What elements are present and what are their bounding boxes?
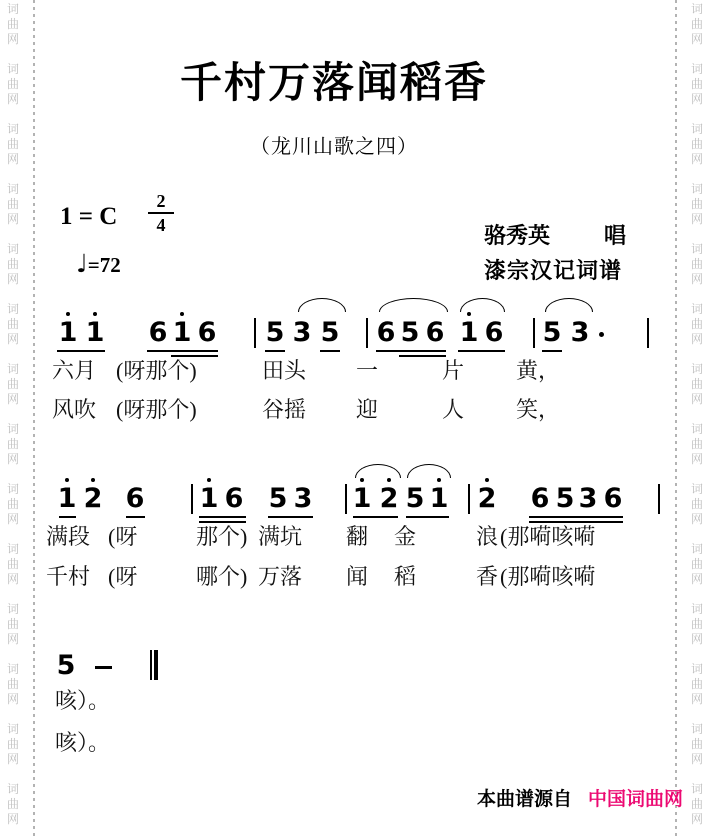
note-digit: 5 (556, 486, 575, 512)
beam-underline (57, 350, 105, 352)
octave-dot (207, 478, 211, 482)
singer-name: 骆秀英 (484, 222, 550, 249)
note-digit: 5 (401, 320, 420, 346)
watermark-text: 词 (689, 243, 705, 256)
note-digit: 5 (406, 486, 425, 512)
lyric-segment: 片 (442, 358, 464, 384)
watermark-text: 词 (689, 63, 705, 76)
barline-icon (254, 318, 256, 348)
slur-arc (460, 298, 505, 312)
beam-underline (199, 516, 246, 518)
sheet-music-page: 词曲网词曲网词曲网词曲网词曲网词曲网词曲网词曲网词曲网词曲网词曲网词曲网词曲网词… (0, 0, 710, 838)
watermark-text: 网 (5, 213, 21, 226)
watermark-text: 网 (5, 153, 21, 166)
watermark-text: 曲 (689, 558, 705, 571)
fraction-line (148, 212, 174, 214)
note-digit: 1 (86, 320, 105, 346)
right-dashed-border (675, 0, 677, 838)
barline-icon (647, 318, 649, 348)
watermark-text: 曲 (689, 318, 705, 331)
watermark-text: 曲 (5, 498, 21, 511)
barline-icon (366, 318, 368, 348)
watermark-text: 曲 (5, 738, 21, 751)
slur-arc (545, 298, 593, 312)
watermark-text: 网 (689, 513, 705, 526)
lyric-segment: (呀那个) (116, 397, 197, 423)
watermark-text: 曲 (689, 258, 705, 271)
watermark-text: 网 (5, 693, 21, 706)
note-digit: 1 (59, 320, 78, 346)
watermark-text: 曲 (5, 258, 21, 271)
watermark-text: 网 (689, 33, 705, 46)
watermark-text: 网 (689, 393, 705, 406)
time-signature: 2 4 (146, 192, 176, 234)
watermark-text: 曲 (689, 498, 705, 511)
note-digit: 5 (321, 320, 340, 346)
beam-underline (320, 350, 340, 352)
watermark-text: 网 (5, 33, 21, 46)
watermark-text: 词 (689, 123, 705, 136)
watermark-text: 曲 (689, 618, 705, 631)
watermark-text: 曲 (5, 198, 21, 211)
lyric-segment: 满坑 (258, 524, 302, 550)
octave-dot (180, 312, 184, 316)
watermark-text: 词 (5, 243, 21, 256)
octave-dot (437, 478, 441, 482)
lyric-segment: 咳）。 (55, 730, 110, 756)
watermark-text: 网 (689, 693, 705, 706)
watermark-text: 曲 (689, 378, 705, 391)
watermark-text: 词 (5, 483, 21, 496)
watermark-text: 曲 (5, 78, 21, 91)
octave-dot (66, 312, 70, 316)
watermark-text: 词 (689, 423, 705, 436)
watermark-text: 词 (689, 483, 705, 496)
octave-dot (93, 312, 97, 316)
lyric-segment: 香 (476, 564, 498, 590)
watermark-text: 曲 (5, 618, 21, 631)
watermark-text: 网 (689, 813, 705, 826)
watermark-text: 网 (689, 633, 705, 646)
watermark-text: 词 (689, 363, 705, 376)
note-digit: 6 (485, 320, 504, 346)
note-digit: 1 (460, 320, 479, 346)
lyric-segment: (呀 (108, 564, 137, 590)
lyric-segment: (呀 (108, 524, 137, 550)
watermark-text: 网 (689, 573, 705, 586)
transcriber-credit: 漆宗汉记词谱 (484, 257, 626, 284)
octave-dot (360, 478, 364, 482)
watermark-text: 曲 (689, 198, 705, 211)
watermark-text: 网 (5, 393, 21, 406)
watermark-text: 词 (689, 663, 705, 676)
slur-arc (407, 464, 451, 478)
song-title: 千村万落闻稻香 (180, 50, 488, 110)
watermark-text: 网 (5, 513, 21, 526)
final-barline-icon (154, 650, 158, 680)
beam-underline (399, 355, 446, 357)
note-digit: 2 (84, 486, 103, 512)
slur-arc (379, 298, 448, 312)
note-digit: 6 (198, 320, 217, 346)
watermark-text: 曲 (5, 558, 21, 571)
barline-icon (345, 484, 347, 514)
octave-dot (65, 478, 69, 482)
lyric-segment: 一 (356, 358, 378, 384)
watermark-text: 词 (689, 723, 705, 736)
octave-dot (387, 478, 391, 482)
watermark-text: 网 (5, 813, 21, 826)
watermark-text: 曲 (5, 438, 21, 451)
slur-arc (298, 298, 346, 312)
watermark-text: 网 (5, 453, 21, 466)
lyric-segment: 田头 (262, 358, 306, 384)
watermark-text: 网 (5, 333, 21, 346)
lyric-segment: 翻 (346, 524, 368, 550)
lyric-segment: 哪个) (196, 564, 247, 590)
lyric-segment: 人 (442, 397, 464, 423)
watermark-text: 网 (689, 153, 705, 166)
note-digit: 6 (225, 486, 244, 512)
lyric-segment: 万落 (258, 564, 302, 590)
watermark-text: 曲 (5, 678, 21, 691)
barline-icon (191, 484, 193, 514)
lyric-segment: 六月 (52, 358, 96, 384)
watermark-text: 网 (689, 213, 705, 226)
watermark-text: 网 (5, 753, 21, 766)
watermark-text: 词 (5, 543, 21, 556)
watermark-text: 曲 (689, 678, 705, 691)
note-digit: 1 (58, 486, 77, 512)
watermark-text: 曲 (5, 138, 21, 151)
note-digit: 1 (353, 486, 372, 512)
singer-credit: 骆秀英 唱 (484, 222, 626, 249)
barline-icon (658, 484, 660, 514)
watermark-text: 词 (5, 723, 21, 736)
watermark-text: 曲 (689, 438, 705, 451)
augmentation-dot (599, 332, 604, 337)
lyric-segment: (那嗬咳嗬 (500, 524, 595, 550)
tempo-marking: ♩=72 (76, 249, 121, 278)
beam-underline (376, 350, 446, 352)
lyric-segment: 黄， (516, 358, 560, 384)
watermark-text: 曲 (689, 18, 705, 31)
note-digit: 6 (426, 320, 445, 346)
watermark-text: 曲 (5, 318, 21, 331)
lyric-segment: 风吹 (52, 397, 96, 423)
watermark-text: 词 (689, 303, 705, 316)
singer-role: 唱 (604, 222, 626, 249)
octave-dot (467, 312, 471, 316)
note-digit: 1 (430, 486, 449, 512)
note-digit: 6 (126, 486, 145, 512)
note-digit: 5 (57, 653, 76, 679)
beam-underline (542, 350, 562, 352)
lyric-segment: 满段 (46, 524, 90, 550)
note-digit: 3 (294, 486, 313, 512)
note-digit: 5 (269, 486, 288, 512)
note-digit: 2 (380, 486, 399, 512)
watermark-text: 词 (689, 603, 705, 616)
lyric-segment: 迎 (356, 397, 378, 423)
lyric-segment: 笑， (516, 397, 560, 423)
duration-dash (95, 666, 112, 669)
watermark-text: 曲 (689, 738, 705, 751)
watermark-text: 网 (5, 273, 21, 286)
octave-dot (485, 478, 489, 482)
watermark-text: 网 (5, 633, 21, 646)
watermark-text: 曲 (689, 138, 705, 151)
beam-underline (529, 516, 623, 518)
watermark-text: 词 (689, 183, 705, 196)
beam-underline (529, 521, 623, 523)
final-barline-icon (150, 650, 152, 680)
credits-block: 骆秀英 唱 漆宗汉记词谱 (484, 222, 626, 284)
octave-dot (91, 478, 95, 482)
slur-arc (355, 464, 401, 478)
beam-underline (199, 521, 246, 523)
beam-underline (353, 516, 398, 518)
lyric-segment: 谷摇 (262, 397, 306, 423)
note-digit: 3 (579, 486, 598, 512)
watermark-text: 网 (5, 573, 21, 586)
watermark-text: 网 (689, 453, 705, 466)
watermark-text: 词 (5, 303, 21, 316)
watermark-text: 词 (5, 603, 21, 616)
beam-underline (126, 516, 145, 518)
watermark-text: 词 (5, 423, 21, 436)
note-digit: 5 (543, 320, 562, 346)
lyric-segment: 那个) (196, 524, 247, 550)
watermark-text: 网 (689, 93, 705, 106)
watermark-text: 网 (5, 93, 21, 106)
beam-underline (59, 516, 76, 518)
quarter-note-icon: ♩ (76, 249, 88, 278)
beam-underline (406, 516, 449, 518)
lyric-segment: 稻 (394, 564, 416, 590)
time-numerator: 2 (157, 191, 166, 211)
watermark-text: 词 (689, 783, 705, 796)
watermark-text: 曲 (5, 378, 21, 391)
lyric-segment: (那嗬咳嗬 (500, 564, 595, 590)
note-digit: 1 (200, 486, 219, 512)
tempo-value: =72 (88, 253, 121, 277)
watermark-text: 网 (689, 333, 705, 346)
note-digit: 6 (531, 486, 550, 512)
note-digit: 3 (293, 320, 312, 346)
footer-brand-link[interactable]: 中国词曲网 (588, 784, 683, 811)
time-denominator: 4 (157, 215, 166, 235)
lyric-segment: (呀那个) (116, 358, 197, 384)
watermark-text: 词 (689, 3, 705, 16)
note-digit: 2 (478, 486, 497, 512)
lyric-segment: 闻 (346, 564, 368, 590)
song-subtitle: （龙川山歌之四） (250, 130, 418, 159)
watermark-text: 词 (5, 3, 21, 16)
watermark-text: 词 (5, 363, 21, 376)
lyric-segment: 浪 (476, 524, 498, 550)
watermark-text: 网 (689, 273, 705, 286)
beam-underline (458, 350, 505, 352)
note-digit: 6 (377, 320, 396, 346)
watermark-text: 词 (5, 183, 21, 196)
watermark-text: 词 (5, 63, 21, 76)
watermark-text: 曲 (5, 18, 21, 31)
note-digit: 1 (173, 320, 192, 346)
barline-icon (468, 484, 470, 514)
lyric-segment: 金 (394, 524, 416, 550)
watermark-text: 曲 (689, 78, 705, 91)
watermark-text: 词 (5, 783, 21, 796)
watermark-text: 曲 (689, 798, 705, 811)
beam-underline (265, 350, 285, 352)
watermark-text: 词 (5, 663, 21, 676)
left-dashed-border (33, 0, 35, 838)
watermark-text: 词 (5, 123, 21, 136)
watermark-text: 网 (689, 753, 705, 766)
lyric-segment: 千村 (46, 564, 90, 590)
beam-underline (171, 355, 218, 357)
barline-icon (533, 318, 535, 348)
note-digit: 6 (149, 320, 168, 346)
footer-source-label: 本曲谱源自 (477, 784, 572, 811)
beam-underline (268, 516, 313, 518)
lyric-segment: 咳）。 (55, 688, 110, 714)
key-signature: 1 = C (60, 203, 117, 231)
watermark-text: 词 (689, 543, 705, 556)
note-digit: 5 (266, 320, 285, 346)
beam-underline (147, 350, 218, 352)
note-digit: 3 (571, 320, 590, 346)
watermark-text: 曲 (5, 798, 21, 811)
note-digit: 6 (604, 486, 623, 512)
